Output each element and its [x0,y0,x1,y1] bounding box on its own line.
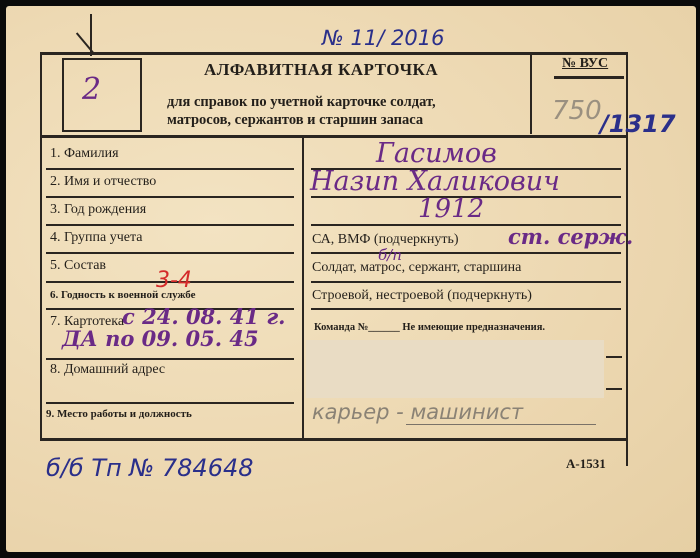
row-rule [46,224,294,226]
birth-year-value: 1912 [418,194,484,224]
row-rule [606,356,622,358]
fitness-value: 3-4 [156,268,192,293]
surname-value: Гасимов [376,138,497,169]
frame-left [40,52,42,440]
frame-top [40,52,627,55]
column-divider [302,138,304,438]
vus-label: № ВУС [562,56,608,72]
footer-handwritten-number: б/б Тп № 784648 [46,454,254,482]
header-separator [42,135,627,138]
row-rule [311,281,621,283]
field-label-name: 2. Имя и отчество [50,174,156,190]
form-code: А-1531 [566,456,606,472]
handwritten-reference-number: № 11/ 2016 [322,26,444,50]
card-subtitle-line2: матросов, сержантов и старшин запаса [167,112,423,129]
card-index-value-line2: ДА по 09. 05. 45 [62,326,259,351]
vus-divider [530,54,532,134]
vus-underline [554,76,624,79]
field-label-group: 4. Группа учета [50,230,142,246]
vus-value-ink: /1317 [600,110,676,138]
card-subtitle-line1: для справок по учетной карточке солдат, [167,94,436,111]
field-label-workplace: 9. Место работы и должность [46,408,192,420]
field-label-address: 8. Домашний адрес [50,362,165,378]
field-label-composition: 5. Состав [50,258,106,274]
row-rule [46,402,294,404]
box-number: 2 [82,72,101,107]
row-rule [46,358,294,360]
workplace-value: карьер - машинист [312,400,523,424]
name-patronymic-value: Назип Халикович [310,166,560,197]
row-rule [46,196,294,198]
row-rule [406,424,596,425]
row-rule [311,252,621,254]
composition-options-text: Солдат, матрос, сержант, старшина [312,260,521,276]
fitness-options-text: Строевой, нестроевой (подчеркнуть) [312,288,532,304]
row-rule [311,308,621,310]
row-rule [46,168,294,170]
alphabetical-card: № 11/ 2016 2 АЛФАВИТНАЯ КАРТОЧКА для спр… [6,6,696,552]
redacted-area [306,340,604,398]
number-box: 2 [62,58,142,132]
field-label-surname: 1. Фамилия [50,146,119,162]
row-rule [46,252,294,254]
group-value: ст. серж. [508,224,633,249]
card-title: АЛФАВИТНАЯ КАРТОЧКА [204,60,438,80]
vus-value-pencil: 750 [552,96,602,126]
row-rule [606,388,622,390]
team-assignment-text: Команда №______ Не имеющие предназначени… [314,322,545,333]
field-label-birth-year: 3. Год рождения [50,202,146,218]
frame-bottom [40,438,628,441]
